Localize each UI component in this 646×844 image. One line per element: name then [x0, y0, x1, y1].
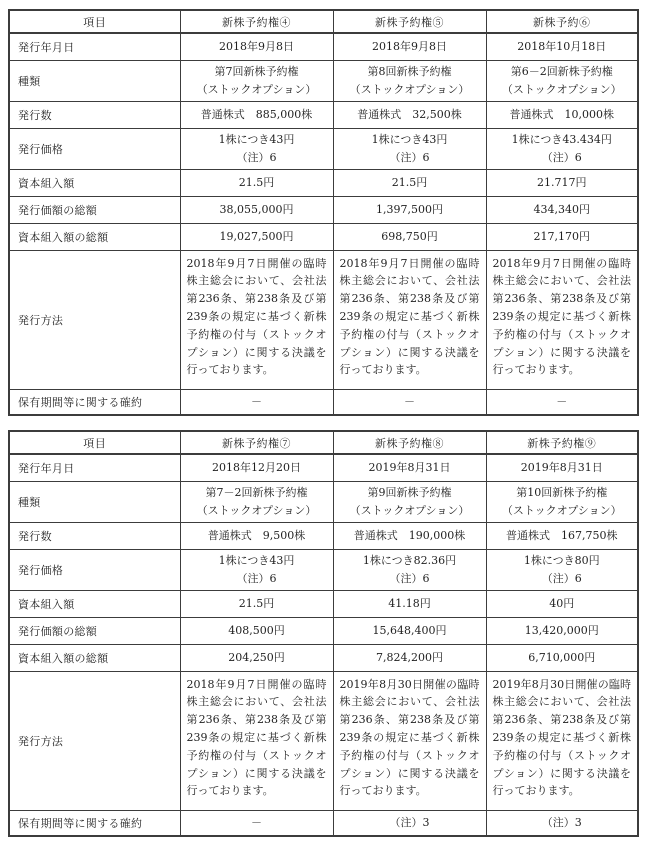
row-label: 資本組入額の総額	[9, 223, 180, 250]
column-header-warrant-8: 新株予約権⑧	[333, 431, 486, 454]
row-label: 発行方法	[9, 250, 180, 389]
cell-value: 21.5円	[180, 169, 333, 196]
column-header-item: 項目	[9, 10, 180, 33]
cell-value: 第9回新株予約権 （ストックオプション）	[333, 481, 486, 522]
table-row-issue-count: 発行数 普通株式 9,500株 普通株式 190,000株 普通株式 167,7…	[9, 522, 638, 549]
cell-value: 38,055,000円	[180, 196, 333, 223]
cell-value: 7,824,200円	[333, 644, 486, 671]
cell-value: 2018年9月7日開催の臨時株主総会において、会社法第236条、第238条及び第…	[333, 250, 486, 389]
cell-value: 1株につき43円 （注）6	[180, 128, 333, 169]
cell-value: 第7－2回新株予約権 （ストックオプション）	[180, 481, 333, 522]
column-header-warrant-5: 新株予約権⑤	[333, 10, 486, 33]
cell-value: 19,027,500円	[180, 223, 333, 250]
cell-value: 1株につき43円 （注）6	[333, 128, 486, 169]
warrants-table-4-to-6: 項目 新株予約権④ 新株予約権⑤ 新株予約⑥ 発行年月日 2018年9月8日 2…	[8, 9, 639, 416]
table-row-capital-incorporation: 資本組入額 21.5円 21.5円 21.717円	[9, 169, 638, 196]
row-label: 種類	[9, 60, 180, 101]
row-label: 発行数	[9, 101, 180, 128]
cell-value: 2018年10月18日	[486, 33, 638, 60]
column-header-warrant-6: 新株予約⑥	[486, 10, 638, 33]
cell-value: 2019年8月30日開催の臨時株主総会において、会社法第236条、第238条及び…	[486, 671, 638, 810]
cell-value: 2019年8月31日	[486, 454, 638, 481]
cell-value: 41.18円	[333, 590, 486, 617]
table-row-issue-count: 発行数 普通株式 885,000株 普通株式 32,500株 普通株式 10,0…	[9, 101, 638, 128]
table-row-total-issue-value: 発行価額の総額 38,055,000円 1,397,500円 434,340円	[9, 196, 638, 223]
table-row-issue-date: 発行年月日 2018年12月20日 2019年8月31日 2019年8月31日	[9, 454, 638, 481]
cell-value: 434,340円	[486, 196, 638, 223]
cell-value: 698,750円	[333, 223, 486, 250]
table-row-type: 種類 第7－2回新株予約権 （ストックオプション） 第9回新株予約権 （ストック…	[9, 481, 638, 522]
row-label: 発行価格	[9, 549, 180, 590]
cell-value: 普通株式 167,750株	[486, 522, 638, 549]
cell-value: 6,710,000円	[486, 644, 638, 671]
column-header-warrant-4: 新株予約権④	[180, 10, 333, 33]
column-header-item: 項目	[9, 431, 180, 454]
table-row-holding-period-covenant: 保有期間等に関する確約 － （注）3 （注）3	[9, 810, 638, 836]
table-row-type: 種類 第7回新株予約権 （ストックオプション） 第8回新株予約権 （ストックオプ…	[9, 60, 638, 101]
header-row: 項目 新株予約権④ 新株予約権⑤ 新株予約⑥	[9, 10, 638, 33]
cell-value: 普通株式 885,000株	[180, 101, 333, 128]
table-row-issuance-method: 発行方法 2018年9月7日開催の臨時株主総会において、会社法第236条、第23…	[9, 250, 638, 389]
cell-value: 204,250円	[180, 644, 333, 671]
column-header-warrant-9: 新株予約権⑨	[486, 431, 638, 454]
table-row-issue-price: 発行価格 1株につき43円 （注）6 1株につき43円 （注）6 1株につき43…	[9, 128, 638, 169]
cell-value: －	[180, 389, 333, 415]
cell-value: 普通株式 9,500株	[180, 522, 333, 549]
cell-value: 15,648,400円	[333, 617, 486, 644]
cell-value: 2019年8月31日	[333, 454, 486, 481]
cell-value: 第10回新株予約権 （ストックオプション）	[486, 481, 638, 522]
cell-value: 217,170円	[486, 223, 638, 250]
cell-value: －	[486, 389, 638, 415]
cell-value: 第6－2回新株予約権 （ストックオプション）	[486, 60, 638, 101]
cell-value: －	[333, 389, 486, 415]
table-row-total-capital-incorporation: 資本組入額の総額 204,250円 7,824,200円 6,710,000円	[9, 644, 638, 671]
cell-value: 408,500円	[180, 617, 333, 644]
header-row: 項目 新株予約権⑦ 新株予約権⑧ 新株予約権⑨	[9, 431, 638, 454]
column-header-warrant-7: 新株予約権⑦	[180, 431, 333, 454]
cell-value: 21.5円	[180, 590, 333, 617]
table-row-issue-price: 発行価格 1株につき43円 （注）6 1株につき82.36円 （注）6 1株につ…	[9, 549, 638, 590]
row-label: 発行価格	[9, 128, 180, 169]
cell-value: 1,397,500円	[333, 196, 486, 223]
cell-value: 普通株式 32,500株	[333, 101, 486, 128]
row-label: 資本組入額	[9, 590, 180, 617]
table-row-holding-period-covenant: 保有期間等に関する確約 － － －	[9, 389, 638, 415]
cell-value: 2018年12月20日	[180, 454, 333, 481]
row-label: 保有期間等に関する確約	[9, 389, 180, 415]
cell-value: 2018年9月8日	[180, 33, 333, 60]
table-row-issuance-method: 発行方法 2018年9月7日開催の臨時株主総会において、会社法第236条、第23…	[9, 671, 638, 810]
cell-value: 1株につき80円 （注）6	[486, 549, 638, 590]
row-label: 種類	[9, 481, 180, 522]
row-label: 発行年月日	[9, 454, 180, 481]
table-row-capital-incorporation: 資本組入額 21.5円 41.18円 40円	[9, 590, 638, 617]
cell-value: 1株につき43.434円 （注）6	[486, 128, 638, 169]
cell-value: 21.717円	[486, 169, 638, 196]
row-label: 発行方法	[9, 671, 180, 810]
row-label: 資本組入額の総額	[9, 644, 180, 671]
cell-value: 13,420,000円	[486, 617, 638, 644]
cell-value: 1株につき82.36円 （注）6	[333, 549, 486, 590]
cell-value: （注）3	[486, 810, 638, 836]
table-row-issue-date: 発行年月日 2018年9月8日 2018年9月8日 2018年10月18日	[9, 33, 638, 60]
warrants-table-7-to-9: 項目 新株予約権⑦ 新株予約権⑧ 新株予約権⑨ 発行年月日 2018年12月20…	[8, 430, 639, 837]
cell-value: （注）3	[333, 810, 486, 836]
cell-value: 2018年9月7日開催の臨時株主総会において、会社法第236条、第238条及び第…	[180, 671, 333, 810]
table-row-total-issue-value: 発行価額の総額 408,500円 15,648,400円 13,420,000円	[9, 617, 638, 644]
table-row-total-capital-incorporation: 資本組入額の総額 19,027,500円 698,750円 217,170円	[9, 223, 638, 250]
row-label: 資本組入額	[9, 169, 180, 196]
row-label: 発行数	[9, 522, 180, 549]
cell-value: 普通株式 190,000株	[333, 522, 486, 549]
row-label: 発行年月日	[9, 33, 180, 60]
row-label: 保有期間等に関する確約	[9, 810, 180, 836]
cell-value: 2019年8月30日開催の臨時株主総会において、会社法第236条、第238条及び…	[333, 671, 486, 810]
cell-value: 40円	[486, 590, 638, 617]
cell-value: 普通株式 10,000株	[486, 101, 638, 128]
row-label: 発行価額の総額	[9, 196, 180, 223]
cell-value: 第7回新株予約権 （ストックオプション）	[180, 60, 333, 101]
cell-value: 第8回新株予約権 （ストックオプション）	[333, 60, 486, 101]
row-label: 発行価額の総額	[9, 617, 180, 644]
document-page: 項目 新株予約権④ 新株予約権⑤ 新株予約⑥ 発行年月日 2018年9月8日 2…	[0, 0, 646, 844]
cell-value: －	[180, 810, 333, 836]
cell-value: 21.5円	[333, 169, 486, 196]
cell-value: 2018年9月7日開催の臨時株主総会において、会社法第236条、第238条及び第…	[486, 250, 638, 389]
cell-value: 2018年9月8日	[333, 33, 486, 60]
cell-value: 2018年9月7日開催の臨時株主総会において、会社法第236条、第238条及び第…	[180, 250, 333, 389]
cell-value: 1株につき43円 （注）6	[180, 549, 333, 590]
